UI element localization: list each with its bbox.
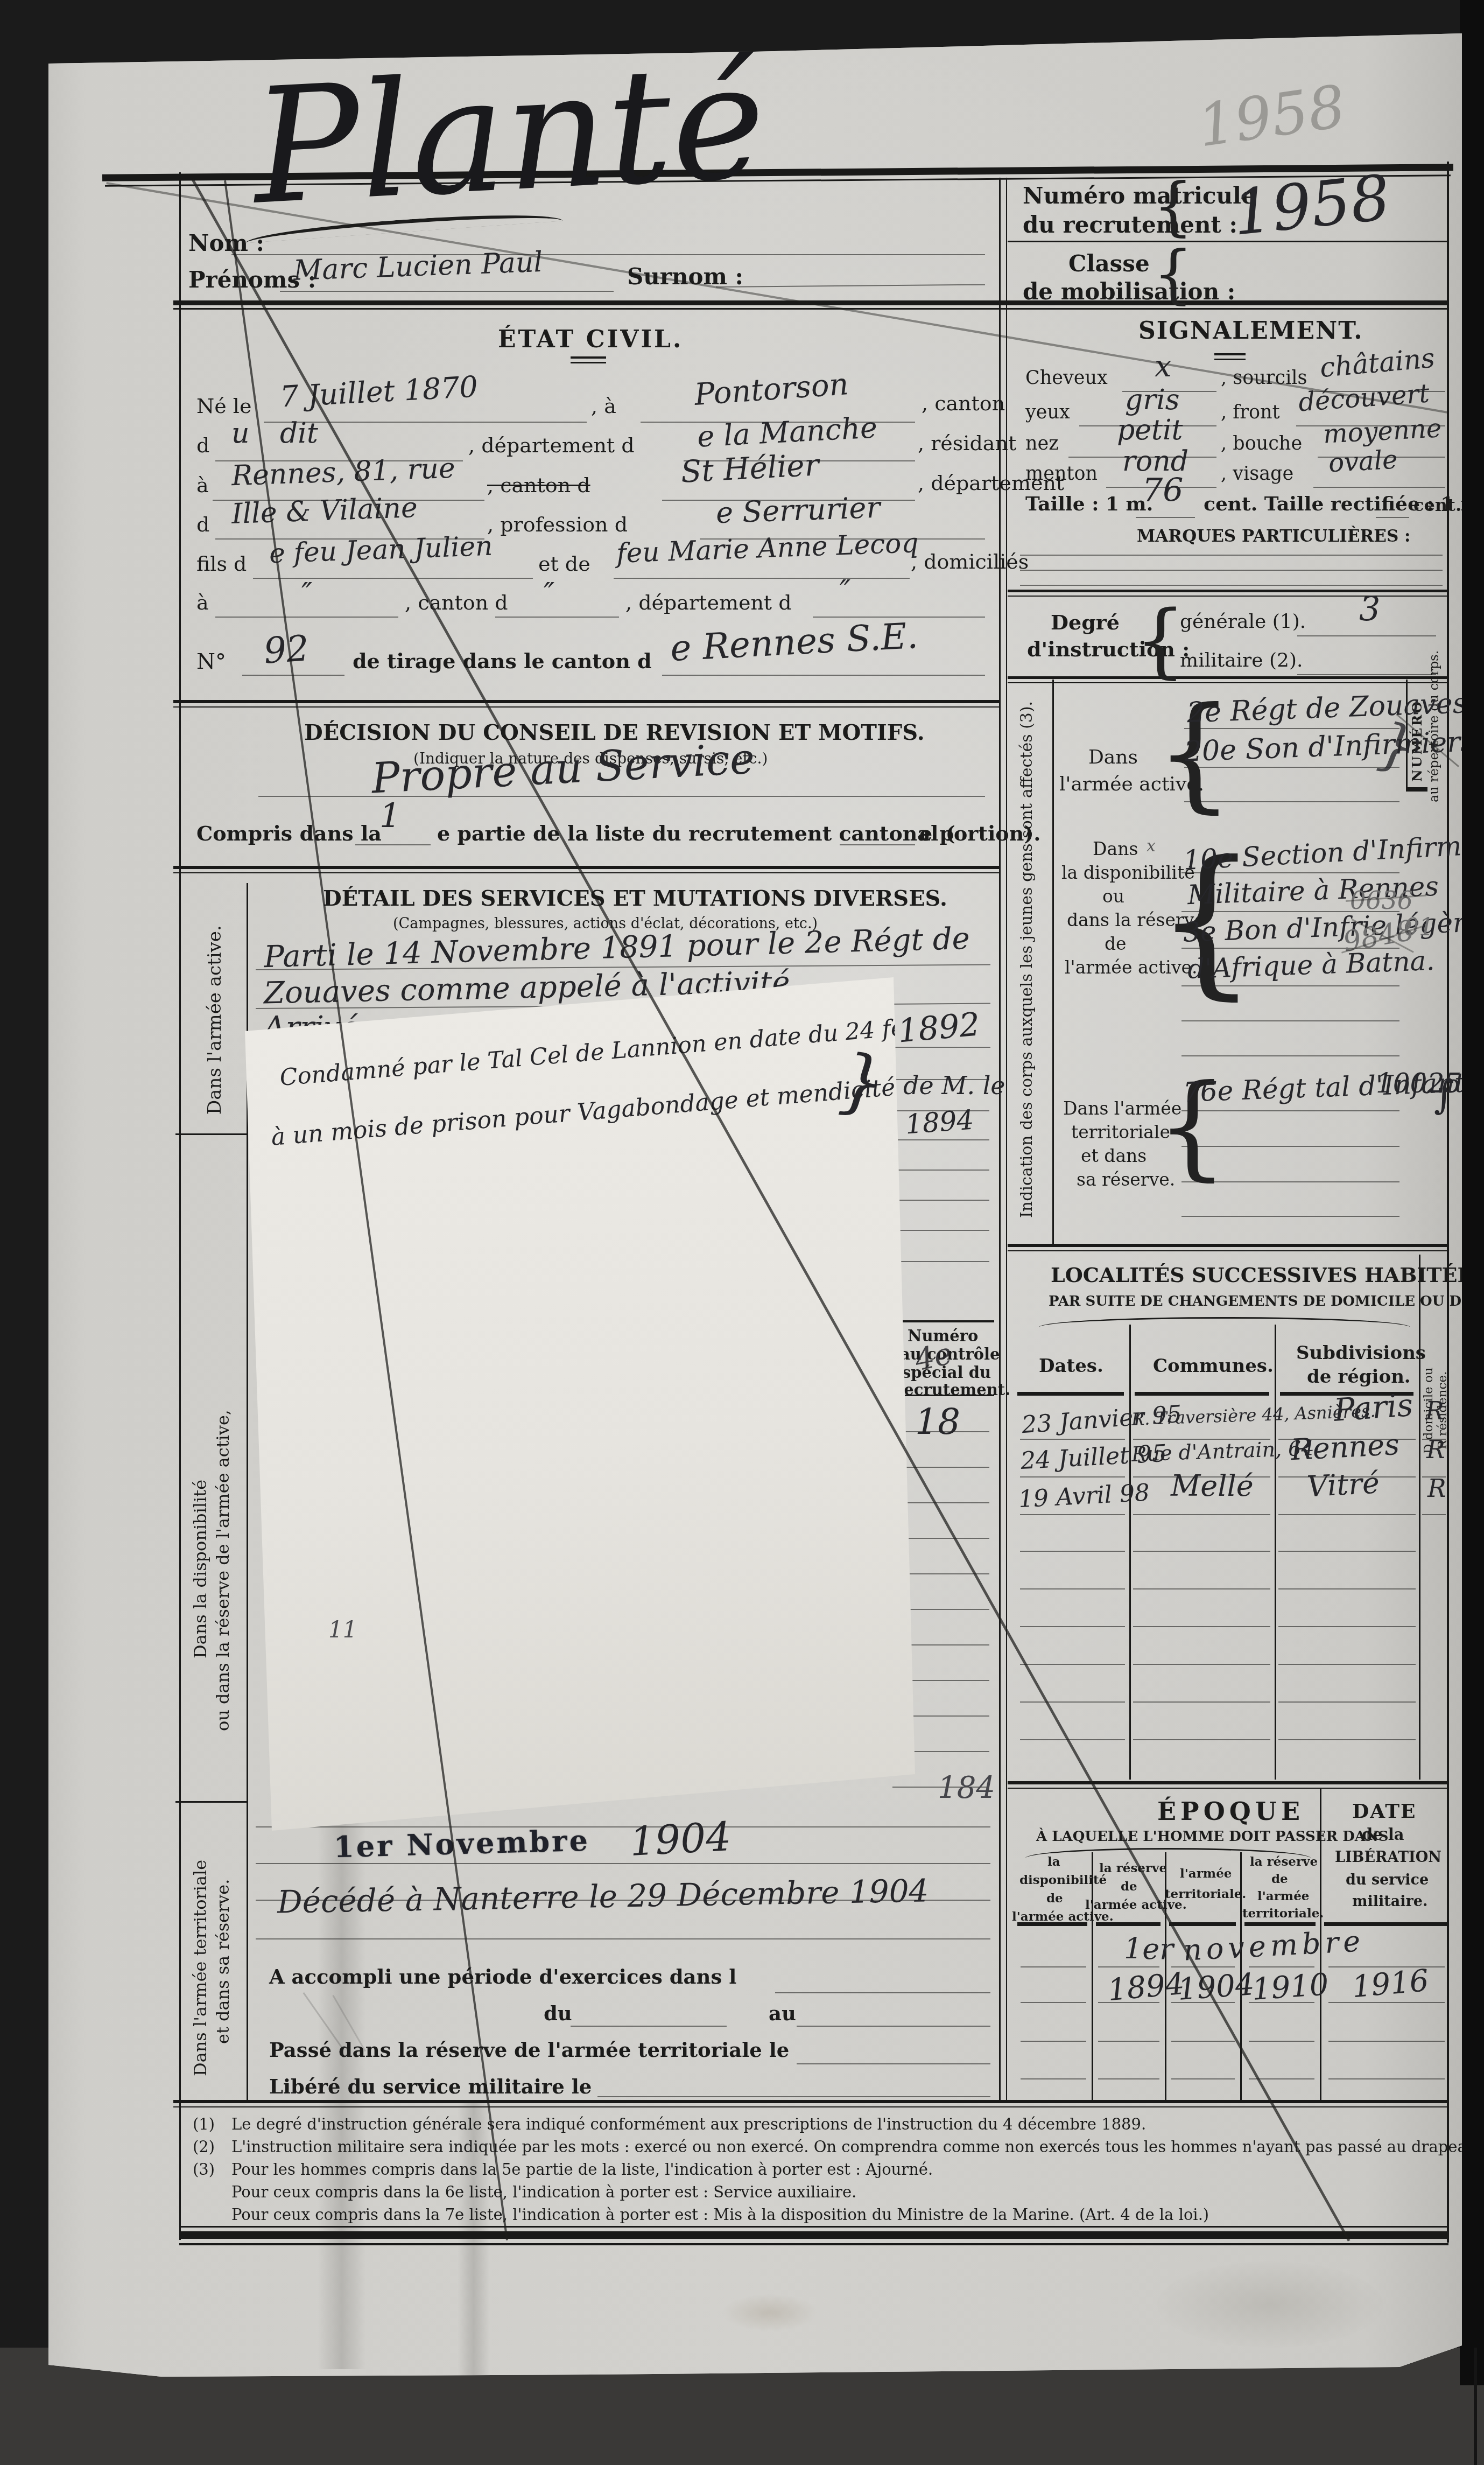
writing-line: [1020, 1476, 1125, 1477]
marques-label: MARQUES PARTICULIÈRES :: [1137, 528, 1411, 545]
death-note: Décédé à Nanterre le 29 Décembre 1904: [277, 1874, 929, 1918]
scanner-black-band: [1460, 0, 1484, 2385]
rule: [1406, 787, 1427, 792]
writing-line: [1328, 2041, 1445, 2042]
writing-line: [1133, 1739, 1270, 1740]
disponibilite-label: de: [1105, 935, 1127, 954]
field-label: , canton d: [487, 475, 590, 496]
compris-value: 1: [379, 798, 400, 833]
writing-line: [1098, 1966, 1159, 1967]
writing-line: [1020, 1551, 1125, 1552]
footnote-marker: (3): [193, 2161, 215, 2177]
taille-value: 76: [1142, 474, 1183, 508]
writing-line: [892, 1230, 989, 1231]
writing-line: [1376, 517, 1409, 518]
rule: [1244, 1922, 1316, 1926]
decision-title: DÉCISION DU CONSEIL DE REVISION ET MOTIF…: [304, 722, 925, 744]
rule: [1008, 1788, 1449, 1789]
slip-mark: 11: [328, 1618, 357, 1642]
service-fragment: de M. le: [903, 1073, 1005, 1098]
rule: [173, 2100, 1449, 2103]
margin-label-territoriale: Dans l'armée territoriale: [192, 1860, 210, 2076]
localite-commune: Rue d'Antrain, 64: [1131, 1438, 1314, 1466]
rule: [1006, 178, 1007, 2103]
taille-label: Taille : 1 m.: [1025, 494, 1153, 515]
tirage-canton-value: e Rennes S.E.: [670, 617, 919, 667]
cheveux-value: x: [1155, 351, 1172, 383]
margin-label-disponibilite: Dans la disponibilité: [192, 1480, 210, 1658]
birthplace-value: Pontorson: [693, 369, 849, 411]
rule: [1008, 1781, 1449, 1784]
footnote-marker: (1): [193, 2116, 215, 2132]
generale-value: 3: [1359, 591, 1380, 626]
field-label: menton: [1025, 464, 1098, 484]
rule: [1008, 1250, 1449, 1251]
classe-label: de mobilisation :: [1023, 280, 1235, 304]
epoque-year: 1910: [1251, 1969, 1330, 2006]
rule: [1214, 359, 1246, 360]
col-header-subdivisions: de région.: [1307, 1368, 1411, 1387]
rule: [1135, 1392, 1269, 1396]
epoque-col-header: la réserve: [1250, 1855, 1318, 1868]
epoque-col-header: territoriale.: [1242, 1907, 1324, 1920]
rule: [179, 2226, 1448, 2228]
writing-line: [1020, 585, 1443, 586]
rule: [175, 1801, 247, 1803]
localite-subdivision: Rennes: [1290, 1430, 1401, 1466]
brace-icon: {: [1135, 599, 1186, 684]
rule: [179, 172, 181, 2240]
writing-line: [1278, 1551, 1416, 1552]
rule: [173, 308, 1449, 310]
localite-commune: Mellé: [1171, 1471, 1254, 1502]
exercices-label: A accompli une période d'exercices dans …: [269, 1966, 736, 1987]
tirage-label: de tirage dans le canton d: [353, 650, 652, 672]
militaire-label: militaire (2).: [1180, 650, 1303, 671]
controle-header: recrutement.: [896, 1382, 1010, 1398]
paper-sheet: Planté 1958 Nom : Prénoms : Marc Lucien …: [0, 0, 1484, 2465]
rule: [1447, 162, 1449, 2243]
writing-line: [614, 578, 910, 579]
writing-line: [1171, 2041, 1235, 2042]
visage-value: ovale: [1328, 446, 1398, 477]
controle-scribble: 4e: [912, 1338, 955, 1377]
field-label: Cheveux: [1025, 368, 1108, 388]
au-label: au: [769, 2003, 796, 2024]
stain: [1157, 2261, 1383, 2348]
pen-flourish: ∫: [1434, 1075, 1454, 1116]
writing-line: [1133, 1551, 1270, 1552]
writing-line: [1278, 1514, 1416, 1515]
epoque-subtitle: À LAQUELLE L'HOMME DOIT PASSER DANS: [1036, 1830, 1388, 1844]
writing-line: [571, 2026, 727, 2027]
col-header-subdivisions: Subdivisions: [1296, 1344, 1426, 1363]
rule: [179, 2243, 1448, 2245]
writing-line: [1021, 2078, 1086, 2079]
margin-label-disponibilite: ou dans la réserve de l'armée active,: [214, 1410, 233, 1731]
rule: [891, 1320, 994, 1322]
rule: [1008, 596, 1449, 597]
rule: [179, 2231, 1448, 2239]
du-label: du: [544, 2003, 572, 2024]
writing-line: [253, 578, 533, 579]
corps-side-label: Indication des corps auxquels les jeunes…: [1018, 701, 1036, 1218]
rule: [1017, 1392, 1124, 1396]
writing-line: [258, 796, 985, 797]
sourcils-value: châtains: [1319, 344, 1436, 382]
writing-line: [1021, 2002, 1086, 2003]
writing-line: [1278, 1626, 1416, 1627]
writing-line: [1133, 1664, 1270, 1665]
tirage-no-label: N°: [196, 650, 226, 673]
writing-line: [280, 291, 614, 292]
field-label: Né le: [196, 396, 251, 417]
writing-line: [495, 617, 619, 618]
epoque-col-header: territoriale.: [1165, 1888, 1246, 1901]
footnote-marker: (2): [193, 2139, 215, 2155]
canton-residence-value: St Hélier: [680, 450, 820, 488]
epoque-col-header: disponibilité: [1019, 1874, 1107, 1887]
epoque-year: 1894: [1107, 1969, 1186, 2007]
birthdate-value: 7 Juillet 1870: [279, 372, 479, 412]
etat-civil-title: ÉTAT CIVIL.: [498, 327, 683, 352]
disponibilite-label: ou: [1102, 887, 1124, 906]
writing-line: [1278, 1701, 1416, 1703]
writing-line: [1021, 1966, 1086, 1967]
departement-value: e la Manche: [697, 412, 878, 452]
writing-line: [892, 1261, 989, 1262]
services-title: DÉTAIL DES SERVICES ET MUTATIONS DIVERSE…: [323, 887, 947, 910]
pencil-mark: x: [1147, 838, 1156, 855]
compris-label: Compris dans la: [196, 823, 382, 844]
father-name-value: e feu Jean Julien: [269, 532, 493, 568]
field-label: yeux: [1025, 403, 1070, 423]
territoriale-label: territoriale: [1071, 1123, 1170, 1142]
armee-active-label: Dans: [1088, 747, 1138, 768]
mother-name-value: feu Marie Anne Lecoq: [616, 529, 919, 568]
col-header-communes: Communes.: [1153, 1357, 1274, 1376]
writing-line: [1249, 1966, 1314, 1967]
writing-line: [775, 1992, 990, 1993]
nom-label: Nom :: [188, 232, 264, 255]
field-label: , à: [591, 396, 616, 417]
writing-line: [1422, 1514, 1446, 1515]
writing-line: [1171, 2078, 1235, 2079]
localite-dr: R: [1425, 1398, 1444, 1424]
writing-line: [1181, 1020, 1399, 1021]
pen-flourish: }: [836, 1042, 888, 1120]
matricule-label: du recrutement :: [1023, 213, 1237, 237]
rule: [1008, 1244, 1449, 1247]
writing-line: [1020, 1739, 1125, 1740]
stain: [721, 2294, 818, 2331]
rule: [1275, 1325, 1276, 1780]
field-label: , profession d: [487, 514, 628, 536]
writing-line: [256, 1826, 990, 1827]
writing-line: [1021, 2041, 1086, 2042]
writing-line: [1020, 1701, 1125, 1703]
field-label: à: [196, 592, 209, 614]
writing-line: [1020, 555, 1443, 556]
generale-label: générale (1).: [1180, 612, 1306, 632]
epoque-year: 1916: [1351, 1965, 1430, 2004]
degre-label: Degré: [1051, 612, 1120, 633]
cent-label: cent.: [1413, 496, 1461, 515]
matricule-label: Numéro matricule: [1023, 184, 1256, 208]
glued-paper-slip: Condamné par le Tal Cel de Lannion en da…: [237, 964, 926, 1841]
field-label: , département d: [625, 592, 792, 614]
localite-subdivision: Vitré: [1306, 1468, 1381, 1503]
writing-line: [662, 675, 985, 676]
epoque-col-header: de: [1121, 1880, 1137, 1893]
rule: [571, 356, 606, 359]
footnote-text: Pour ceux compris dans la 7e liste, l'in…: [231, 2207, 1209, 2223]
date-liberation-header: DATE: [1352, 1802, 1416, 1822]
writing-line: [1133, 1514, 1270, 1515]
rule: [1214, 353, 1246, 355]
epoque-year: 1904: [1177, 1969, 1255, 2006]
epoque-col-header: l'armée: [1257, 1890, 1309, 1903]
writing-line: [1098, 2041, 1159, 2042]
writing-line: [1297, 635, 1436, 636]
rule: [1092, 1852, 1093, 2100]
page-edge-shadow: [1474, 2348, 1477, 2465]
writing-line: [1020, 1514, 1125, 1515]
field-label: , visage: [1221, 464, 1293, 484]
field-label: , département d: [468, 435, 635, 457]
decorative-brace: [1039, 1317, 1410, 1327]
rule: [175, 1133, 247, 1135]
writing-line: [1278, 1664, 1416, 1665]
rule: [1008, 590, 1449, 592]
writing-line: [1313, 487, 1445, 488]
surnom-label: Surnom :: [627, 265, 743, 289]
field-label: , canton: [922, 393, 1005, 415]
rule: [1419, 1255, 1420, 1780]
rule: [1129, 1325, 1131, 1780]
localites-subtitle: PAR SUITE DE CHANGEMENTS DE DOMICILE OU …: [1049, 1294, 1484, 1309]
signalement-title: SIGNALEMENT.: [1138, 319, 1363, 344]
passe-reserve-label: Passé dans la réserve de l'armée territo…: [269, 2040, 789, 2061]
writing-line: [215, 617, 398, 618]
name-signature: Planté: [249, 38, 770, 231]
field-label: , résidant: [918, 433, 1016, 454]
writing-line: [716, 284, 985, 288]
ditto-mark: ″: [840, 576, 850, 607]
field-label: et de: [538, 554, 590, 575]
nez-value: petit: [1117, 416, 1183, 445]
controle-number: 184: [938, 1773, 995, 1804]
canton-value: u dit: [231, 419, 318, 449]
writing-line: [1133, 1626, 1270, 1627]
profession-value: e Serrurier: [715, 493, 881, 529]
classe-label: Classe: [1068, 252, 1150, 276]
footnote-text: Pour les hommes compris dans la 5e parti…: [231, 2161, 933, 2177]
footnote-text: Pour ceux compris dans la 6e liste, l'in…: [231, 2184, 856, 2200]
writing-line: [1098, 2078, 1159, 2079]
footnote-text: Le degré d'instruction générale sera ind…: [231, 2116, 1146, 2132]
epoque-col-header: l'armée: [1180, 1867, 1232, 1880]
scanned-register-page: Planté 1958 Nom : Prénoms : Marc Lucien …: [0, 0, 1484, 2465]
field-label: , bouche: [1221, 434, 1302, 454]
slip-sentence: à un mois de prison pour Vagabondage et …: [270, 1075, 904, 1150]
prenoms-value: Marc Lucien Paul: [293, 248, 543, 286]
controle-number: 18: [915, 1403, 960, 1440]
writing-line: [892, 1170, 989, 1171]
date-liberation-header: LIBÉRATION: [1335, 1850, 1441, 1865]
field-label: nez: [1025, 434, 1059, 454]
departement-residence-value: Ille & Vilaine: [231, 493, 418, 529]
rule: [1052, 680, 1054, 1244]
brace-icon: {: [1153, 241, 1193, 308]
decision-value: Propre au Service: [370, 737, 755, 801]
field-label: , domiciliés: [911, 551, 1029, 573]
field-label: , front: [1221, 403, 1280, 423]
writing-line: [797, 2026, 990, 2027]
date-liberation-header: de la: [1362, 1826, 1404, 1843]
ditto-mark: ″: [544, 579, 554, 610]
writing-line: [1020, 1439, 1125, 1440]
rule: [1008, 241, 1447, 242]
compris-label: e partie de la liste du recrutement cant…: [437, 823, 955, 844]
corps-entry: d'Afrique à Batna.: [1187, 947, 1435, 983]
writing-line: [797, 2063, 990, 2064]
stamp-year: 1904: [629, 1816, 732, 1863]
field-label: d: [196, 514, 209, 536]
rule: [173, 866, 999, 869]
localites-title: LOCALITÉS SUCCESSIVES HABITÉES: [1051, 1264, 1484, 1286]
pencil-page-number: 1958: [1194, 76, 1349, 157]
writing-line: [1181, 1216, 1399, 1217]
writing-line: [1136, 517, 1195, 518]
writing-line: [1278, 1739, 1416, 1740]
date-liberation-header: du service: [1346, 1873, 1429, 1888]
epoque-col-header: la réserve: [1099, 1862, 1167, 1875]
col-header-dates: Dates.: [1039, 1357, 1103, 1376]
epoque-value: novembre: [1183, 1926, 1366, 1966]
brace-icon: {: [1153, 173, 1193, 240]
writing-line: [1249, 2041, 1314, 2042]
writing-line: [256, 1938, 990, 1939]
writing-line: [1181, 1055, 1399, 1056]
writing-line: [892, 1467, 989, 1468]
writing-line: [1020, 570, 1443, 571]
writing-line: [1328, 2078, 1445, 2079]
rule: [1169, 1922, 1236, 1926]
rule: [999, 178, 1001, 2103]
writing-line: [1020, 1588, 1125, 1589]
localite-dr: R: [1427, 1475, 1446, 1501]
epoque-col-header: la: [1047, 1855, 1060, 1868]
localite-subdivision: Paris: [1333, 1389, 1414, 1427]
field-label: , canton d: [405, 592, 508, 614]
yeux-value: gris: [1125, 386, 1179, 415]
epoque-col-header: de: [1046, 1892, 1063, 1905]
territoriale-label: et dans: [1081, 1147, 1147, 1166]
writing-line: [1297, 674, 1436, 675]
date-liberation-header: militaire.: [1352, 1894, 1427, 1909]
field-label: à: [196, 475, 209, 496]
margin-label-armee-active: Dans l'armée active.: [206, 925, 225, 1115]
localite-dr: R: [1426, 1437, 1445, 1462]
epoque-col-header: l'armée active.: [1012, 1910, 1114, 1923]
writing-line: [892, 1200, 989, 1201]
service-fragment: 1892: [897, 1007, 982, 1048]
date-stamp: 1er Novembre: [333, 1825, 590, 1862]
matricule-value: 1958: [1229, 165, 1393, 247]
ditto-mark: ″: [301, 579, 312, 610]
paper-crease: [318, 1777, 366, 2369]
writing-line: [1020, 1626, 1125, 1627]
bouche-value: moyenne: [1323, 415, 1443, 448]
rule: [571, 362, 606, 363]
rule: [173, 2106, 1449, 2107]
epoque-title: ÉPOQUE: [1157, 1798, 1304, 1824]
field-label: fils d: [196, 554, 247, 575]
libere-label: Libéré du service militaire le: [269, 2076, 592, 2097]
service-fragment: 1894: [904, 1106, 975, 1139]
writing-line: [1328, 2002, 1445, 2003]
margin-label-territoriale: et dans sa réserve.: [214, 1879, 233, 2044]
rule: [1008, 676, 1449, 679]
writing-line: [1133, 1701, 1270, 1703]
writing-line: [1020, 1664, 1125, 1665]
field-label: d: [196, 435, 209, 457]
writing-line: [597, 2096, 990, 2097]
disponibilite-label: Dans: [1093, 840, 1138, 859]
epoque-col-header: de: [1271, 1873, 1288, 1886]
writing-line: [1133, 1588, 1270, 1589]
writing-line: [1278, 1588, 1416, 1589]
rule: [173, 872, 999, 873]
epoque-value: 1er: [1124, 1934, 1173, 1965]
